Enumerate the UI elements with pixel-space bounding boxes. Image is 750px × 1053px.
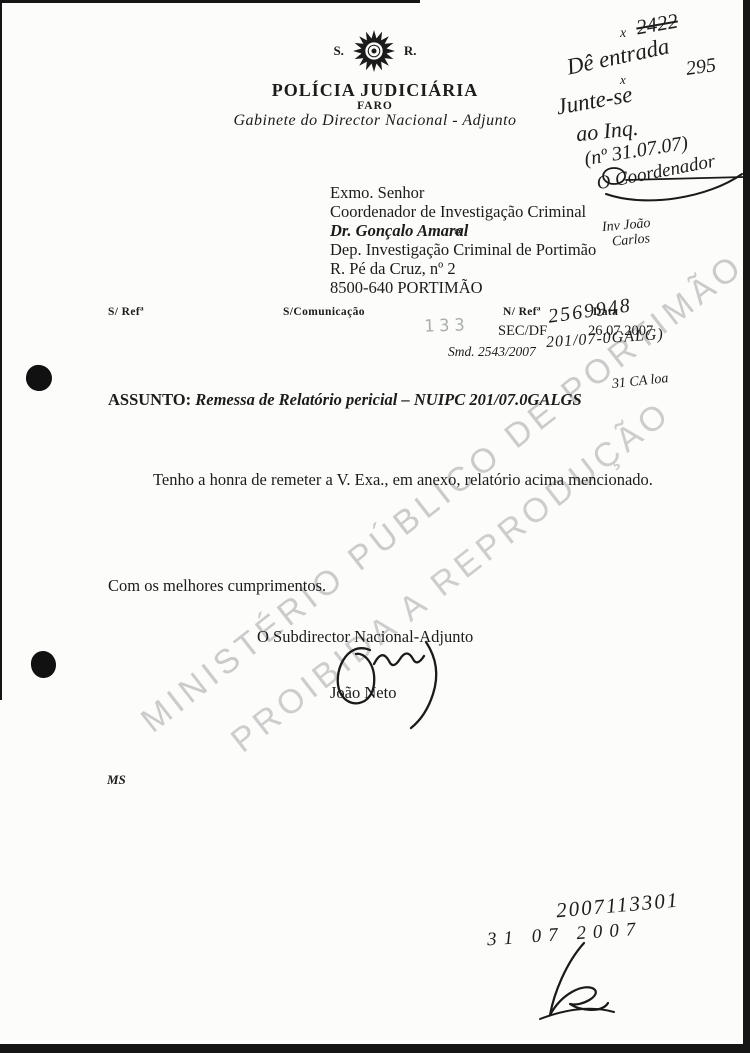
body-paragraph: Tenho a honra de remeter a V. Exa., em a… (108, 463, 673, 497)
crest-letter-r: R. (404, 43, 417, 59)
handwritten-registry-number: 2007113301 (555, 888, 680, 924)
sender-communication-label: S/Comunicação (283, 306, 365, 318)
scan-edge-top (0, 0, 420, 3)
scanned-letter-page: MINISTÉRIO PÚBLICO DE PORTIMÃO PROIBIDA … (0, 0, 750, 1053)
our-ref-value: SEC/DF (498, 323, 547, 340)
handwritten-mark-near-name: ∝ (451, 222, 463, 242)
handwritten-x-mark: x (620, 26, 626, 42)
hole-punch-mark (30, 650, 58, 679)
stamp-number: 133 (424, 315, 470, 337)
smd-reference: Smd. 2543/2007 (448, 344, 536, 360)
scan-edge-bottom (0, 1044, 750, 1053)
handwritten-number-295: 295 (685, 54, 718, 81)
hole-punch-mark (24, 363, 54, 393)
typist-initials: MS (107, 772, 126, 788)
scan-edge-right (743, 0, 750, 1053)
closing-line: Com os melhores cumprimentos. (108, 576, 326, 596)
our-ref-label: N/ Refª (503, 306, 541, 318)
handwritten-inspector-name-line2: Carlos (611, 231, 650, 250)
organization-city: FARO (0, 100, 750, 112)
subject-line: ASSUNTO: Remessa de Relatório pericial –… (108, 390, 582, 410)
recipient-department: Dep. Investigação Criminal de Portimão (330, 240, 596, 259)
policia-judiciaria-emblem-icon (353, 30, 395, 72)
subject-label: ASSUNTO: (108, 390, 191, 409)
recipient-salutation: Exmo. Senhor (330, 183, 596, 202)
handwritten-rubric-signature (520, 935, 640, 1025)
subject-text: Remessa de Relatório pericial – NUIPC 20… (195, 390, 581, 409)
organization-name: POLÍCIA JUDICIÁRIA (0, 80, 750, 101)
crest-letter-s: S. (333, 43, 343, 59)
signature-joao-neto (318, 632, 458, 737)
recipient-street: R. Pé da Cruz, nº 2 (330, 259, 596, 278)
recipient-role: Coordenador de Investigação Criminal (330, 202, 596, 221)
recipient-postal-city: 8500-640 PORTIMÃO (330, 278, 596, 297)
sender-ref-label: S/ Refª (108, 306, 144, 318)
handwritten-flourish (600, 168, 748, 204)
